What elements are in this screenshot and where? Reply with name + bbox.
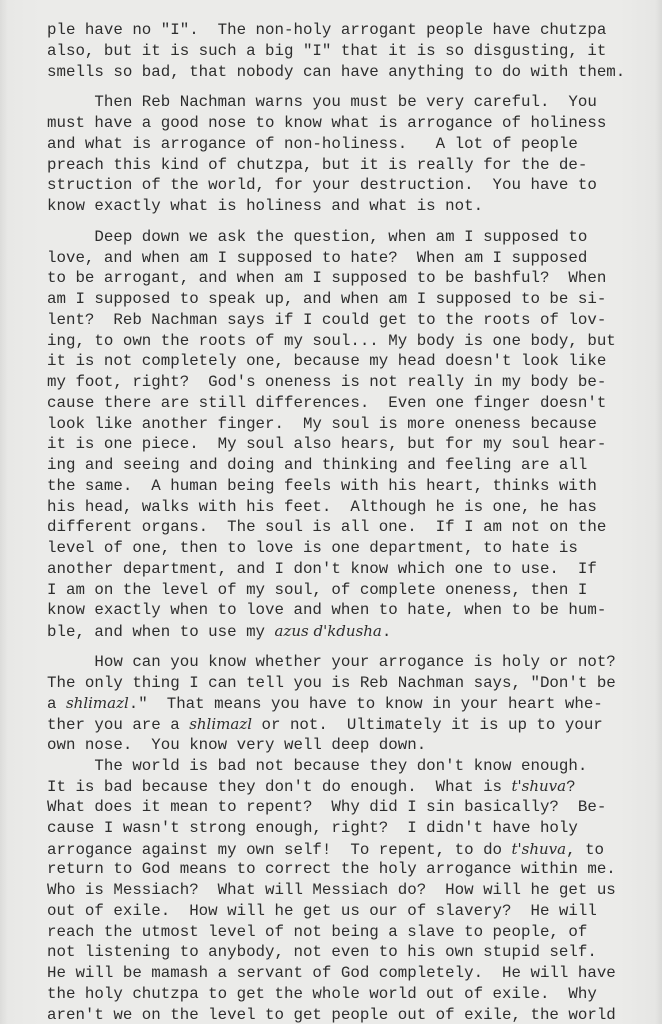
text-line: it is one piece. My soul also hears, but… [47,434,647,455]
text-segment: ing and seeing and doing and thinking an… [47,456,587,474]
text-segment: to be arrogant, and when am I supposed t… [47,269,606,287]
text-segment: out of exile. How will he get us our of … [47,902,597,920]
text-line: It is bad because they don't do enough. … [47,776,647,797]
text-segment: know exactly what is holiness and what i… [47,197,483,215]
text-line: cause there are still differences. Even … [47,393,647,414]
text-segment: ble, and when to use my [47,623,275,641]
text-line: not listening to anybody, not even to hi… [47,942,647,963]
text-segment: look like another finger. My soul is mor… [47,415,597,433]
text-segment: It is bad because they don't do enough. … [47,778,512,796]
text-segment: preach this kind of chutzpa, but it is r… [47,156,587,174]
paragraph: ple have no "I". The non-holy arrogant p… [47,20,647,82]
text-segment: struction of the world, for your destruc… [47,176,597,194]
text-segment: ple have no "I". The non-holy arrogant p… [47,21,606,39]
text-line: the holy chutzpa to get the whole world … [47,984,647,1005]
text-segment: aren't we on the level to get people out… [47,1006,616,1024]
text-segment: am I supposed to speak up, and when am I… [47,290,606,308]
text-segment: cause I wasn't strong enough, right? I d… [47,819,578,837]
text-segment: return to God means to correct the holy … [47,860,616,878]
text-line: my foot, right? God's oneness is not rea… [47,372,647,393]
text-line: I am on the level of my soul, of complet… [47,580,647,601]
text-line: What does it mean to repent? Why did I s… [47,797,647,818]
text-line: know exactly when to love and when to ha… [47,600,647,621]
text-segment: ? [566,778,575,796]
text-segment: lent? Reb Nachman says if I could get to… [47,311,606,329]
text-segment: the same. A human being feels with his h… [47,477,597,495]
paragraph: How can you know whether your arrogance … [47,652,647,756]
text-line: The world is bad not because they don't … [47,756,647,777]
text-segment: it is one piece. My soul also hears, but… [47,435,606,453]
text-segment: reach the utmost level of not being a sl… [47,923,587,941]
text-segment: How can you know whether your arrogance … [47,653,616,671]
text-line: reach the utmost level of not being a sl… [47,922,647,943]
text-line: the same. A human being feels with his h… [47,476,647,497]
text-line: own nose. You know very well deep down. [47,735,647,756]
text-line: know exactly what is holiness and what i… [47,196,647,217]
text-line: ing and seeing and doing and thinking an… [47,455,647,476]
text-line: Deep down we ask the question, when am I… [47,227,647,248]
text-segment: different organs. The soul is all one. I… [47,518,606,536]
paragraph: The world is bad not because they don't … [47,756,647,1024]
paragraph-gap [47,217,647,227]
text-segment: own nose. You know very well deep down. [47,736,426,754]
text-line: How can you know whether your arrogance … [47,652,647,673]
text-segment: He will be mamash a servant of God compl… [47,964,616,982]
text-segment: What does it mean to repent? Why did I s… [47,798,606,816]
text-line: aren't we on the level to get people out… [47,1005,647,1024]
text-segment: Who is Messiach? What will Messiach do? … [47,881,616,899]
text-segment: it is not completely one, because my hea… [47,352,606,370]
italic-term: t'shuva [512,840,567,858]
text-segment: The world is bad not because they don't … [47,757,587,775]
italic-term: shlimazl [189,715,252,733]
text-line: level of one, then to love is one depart… [47,538,647,559]
text-line: his head, walks with his feet. Although … [47,497,647,518]
text-line: also, but it is such a big "I" that it i… [47,41,647,62]
text-line: ble, and when to use my azus d'kdusha. [47,621,647,642]
text-line: and what is arrogance of non-holiness. A… [47,134,647,155]
text-line: ing, to own the roots of my soul... My b… [47,331,647,352]
text-segment: his head, walks with his feet. Although … [47,498,597,516]
text-line: He will be mamash a servant of God compl… [47,963,647,984]
text-line: must have a good nose to know what is ar… [47,113,647,134]
text-segment: not listening to anybody, not even to hi… [47,943,597,961]
text-line: another department, and I don't know whi… [47,559,647,580]
text-segment: know exactly when to love and when to ha… [47,601,606,619]
text-segment: must have a good nose to know what is ar… [47,114,606,132]
text-line: out of exile. How will he get us our of … [47,901,647,922]
text-segment: level of one, then to love is one depart… [47,539,578,557]
text-line: ple have no "I". The non-holy arrogant p… [47,20,647,41]
text-line: preach this kind of chutzpa, but it is r… [47,155,647,176]
paragraph: Then Reb Nachman warns you must be very … [47,92,647,217]
text-line: love, and when am I supposed to hate? Wh… [47,248,647,269]
text-line: look like another finger. My soul is mor… [47,414,647,435]
text-segment: , to [566,841,604,859]
text-line: Then Reb Nachman warns you must be very … [47,92,647,113]
paragraph-gap [47,82,647,92]
text-segment: Then Reb Nachman warns you must be very … [47,93,597,111]
text-segment: arrogance against my own self! To repent… [47,841,512,859]
text-segment: The only thing I can tell you is Reb Nac… [47,674,616,692]
text-segment: Deep down we ask the question, when am I… [47,228,587,246]
text-line: different organs. The soul is all one. I… [47,517,647,538]
text-segment: another department, and I don't know whi… [47,560,597,578]
text-segment: . [382,623,391,641]
text-line: The only thing I can tell you is Reb Nac… [47,673,647,694]
italic-term: shlimazl [66,694,129,712]
text-segment: and what is arrogance of non-holiness. A… [47,135,578,153]
text-line: Who is Messiach? What will Messiach do? … [47,880,647,901]
text-segment: smells so bad, that nobody can have anyt… [47,63,625,81]
text-segment: a [47,695,66,713]
text-line: it is not completely one, because my hea… [47,351,647,372]
text-segment: the holy chutzpa to get the whole world … [47,985,597,1003]
text-segment: ." That means you have to know in your h… [129,695,603,713]
text-segment: ther you are a [47,716,189,734]
text-line: smells so bad, that nobody can have anyt… [47,62,647,83]
text-line: lent? Reb Nachman says if I could get to… [47,310,647,331]
text-segment: also, but it is such a big "I" that it i… [47,42,606,60]
text-line: am I supposed to speak up, and when am I… [47,289,647,310]
scanned-page: ple have no "I". The non-holy arrogant p… [0,0,662,1024]
text-segment: ing, to own the roots of my soul... My b… [47,332,616,350]
document-body: ple have no "I". The non-holy arrogant p… [47,20,647,1024]
text-segment: cause there are still differences. Even … [47,394,606,412]
text-line: struction of the world, for your destruc… [47,175,647,196]
text-line: return to God means to correct the holy … [47,859,647,880]
text-line: a shlimazl." That means you have to know… [47,693,647,714]
text-line: ther you are a shlimazl or not. Ultimate… [47,714,647,735]
text-segment: love, and when am I supposed to hate? Wh… [47,249,587,267]
text-segment: my foot, right? God's oneness is not rea… [47,373,606,391]
text-segment: or not. Ultimately it is up to your [252,716,603,734]
text-segment: I am on the level of my soul, of complet… [47,581,587,599]
text-line: cause I wasn't strong enough, right? I d… [47,818,647,839]
italic-term: azus d'kdusha [275,622,382,640]
text-line: arrogance against my own self! To repent… [47,839,647,860]
paragraph-gap [47,642,647,652]
text-line: to be arrogant, and when am I supposed t… [47,268,647,289]
italic-term: t'shuva [512,777,567,795]
paragraph: Deep down we ask the question, when am I… [47,227,647,642]
